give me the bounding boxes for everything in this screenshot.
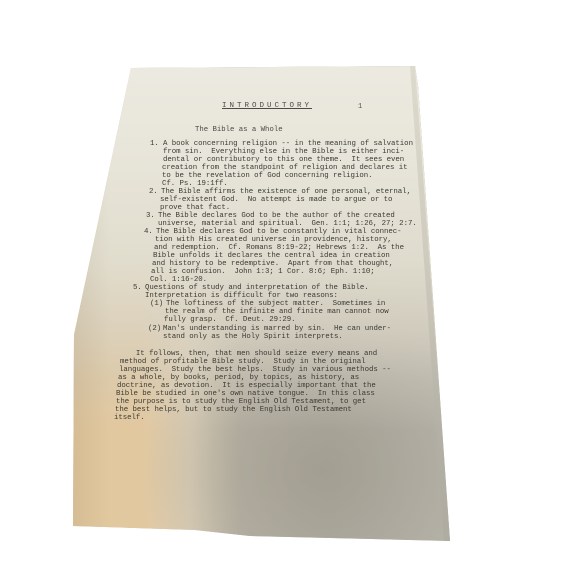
document-subtitle: The Bible as a Whole xyxy=(195,126,283,134)
document-heading: INTRODUCTORY xyxy=(222,102,312,110)
page-number: 1 xyxy=(358,103,362,111)
paragraph-line: the best helps, but to study the English… xyxy=(115,406,352,415)
item-number: 3. xyxy=(146,212,155,221)
sub-item-number: (2) xyxy=(148,325,161,334)
item-number: 1. xyxy=(150,140,159,149)
item-number: 4. xyxy=(144,228,153,237)
item-number: 5. xyxy=(133,284,142,293)
paragraph-line: itself. xyxy=(114,414,145,423)
sub-item-line: fully grasp. Cf. Deut. 29:29. xyxy=(164,316,296,325)
sub-item-line: stand only as the Holy Spirit interprets… xyxy=(163,333,343,342)
item-number: 2. xyxy=(149,188,158,197)
sub-item-number: (1) xyxy=(150,300,163,309)
